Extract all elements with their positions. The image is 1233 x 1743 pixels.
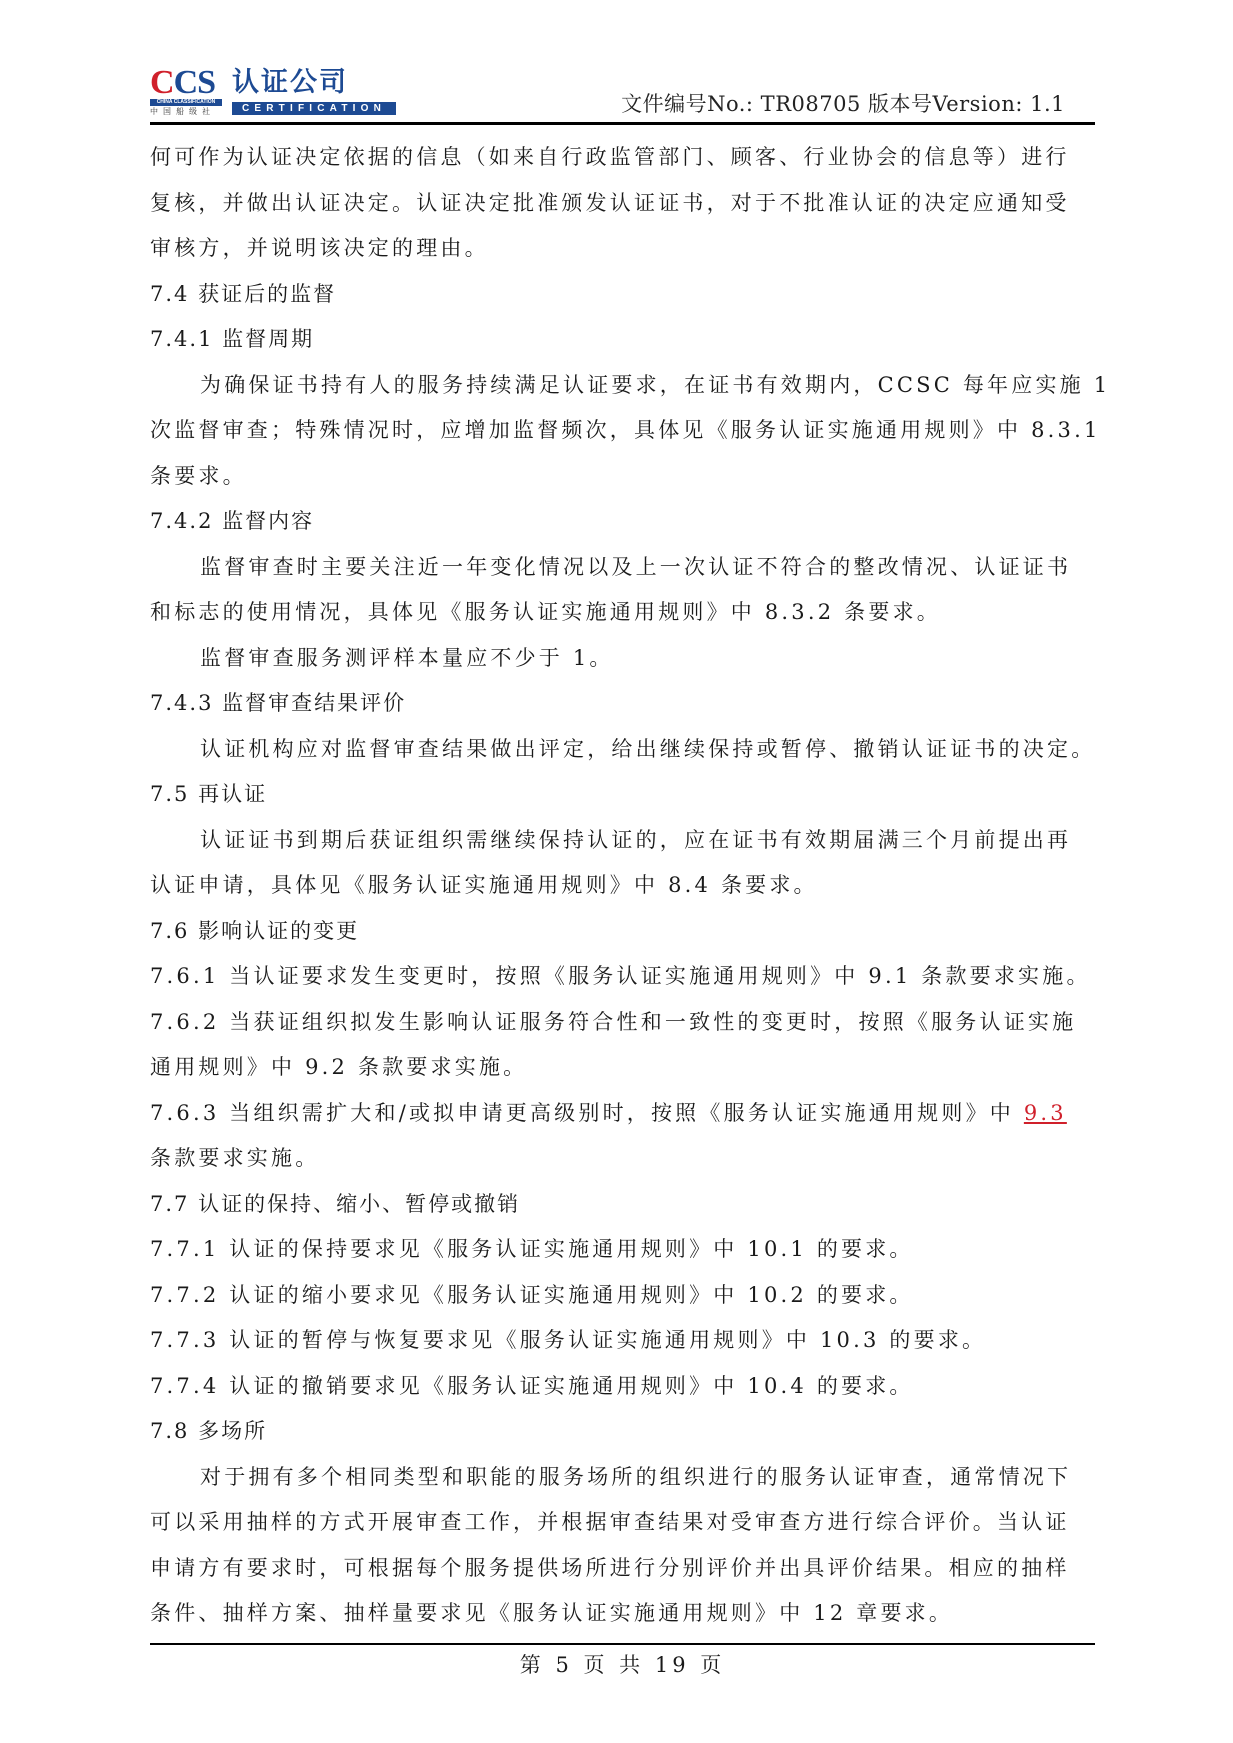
section-heading-7-7: 7.7 认证的保持、缩小、暂停或撤销 [150, 1182, 1095, 1228]
header-divider [150, 122, 1095, 125]
logo-society-cn: 中国船级社 [150, 107, 222, 117]
clause-7-6-3: 7.6.3 当组织需扩大和/或拟申请更高级别时，按照《服务认证实施通用规则》中 … [150, 1091, 1095, 1137]
section-heading-7-4-2: 7.4.2 监督内容 [150, 499, 1095, 545]
clause-9-3-link[interactable]: 9.3 [1024, 1101, 1067, 1125]
paragraph-line: 条件、抽样方案、抽样量要求见《服务认证实施通用规则》中 12 章要求。 [150, 1591, 1095, 1637]
clause-7-7-3: 7.7.3 认证的暂停与恢复要求见《服务认证实施通用规则》中 10.3 的要求。 [150, 1318, 1095, 1364]
page-header: CCS CHINA CLASSIFICATION SOCIETY 中国船级社 认… [150, 66, 1095, 122]
paragraph-line: 条要求。 [150, 454, 1095, 500]
section-heading-7-5: 7.5 再认证 [150, 772, 1095, 818]
paragraph-line: 通用规则》中 9.2 条款要求实施。 [150, 1045, 1095, 1091]
footer-divider [150, 1643, 1095, 1645]
paragraph-line: 认证证书到期后获证组织需继续保持认证的，应在证书有效期届满三个月前提出再 [150, 818, 1095, 864]
paragraph-line: 认证机构应对监督审查结果做出评定，给出继续保持或暂停、撤销认证证书的决定。 [150, 727, 1095, 773]
section-heading-7-4: 7.4 获证后的监督 [150, 272, 1095, 318]
paragraph-line: 复核，并做出认证决定。认证决定批准颁发认证证书，对于不批准认证的决定应通知受 [150, 181, 1095, 227]
clause-7-7-4: 7.7.4 认证的撤销要求见《服务认证实施通用规则》中 10.4 的要求。 [150, 1364, 1095, 1410]
paragraph-line: 次监督审查；特殊情况时，应增加监督频次，具体见《服务认证实施通用规则》中 8.3… [150, 408, 1095, 454]
logo-ccs-rest: CS [174, 64, 215, 101]
logo-certification-en: CERTIFICATION [232, 102, 396, 115]
clause-7-6-2: 7.6.2 当获证组织拟发生影响认证服务符合性和一致性的变更时，按照《服务认证实… [150, 1000, 1095, 1046]
section-heading-7-4-1: 7.4.1 监督周期 [150, 317, 1095, 363]
document-number-version: 文件编号No.: TR08705 版本号Version: 1.1 [621, 90, 1065, 118]
paragraph-line: 条款要求实施。 [150, 1136, 1095, 1182]
page-number: 第 5 页 共 19 页 [150, 1650, 1095, 1680]
logo-ccs-c1: C [150, 64, 174, 101]
paragraph-line: 认证申请，具体见《服务认证实施通用规则》中 8.4 条要求。 [150, 863, 1095, 909]
section-heading-7-4-3: 7.4.3 监督审查结果评价 [150, 681, 1095, 727]
ccs-certification-logo: CCS CHINA CLASSIFICATION SOCIETY 中国船级社 认… [150, 66, 410, 118]
section-heading-7-8: 7.8 多场所 [150, 1409, 1095, 1455]
clause-7-6-1: 7.6.1 当认证要求发生变更时，按照《服务认证实施通用规则》中 9.1 条款要… [150, 954, 1095, 1000]
paragraph-line: 何可作为认证决定依据的信息（如来自行政监管部门、顾客、行业协会的信息等）进行 [150, 135, 1095, 181]
section-heading-7-6: 7.6 影响认证的变更 [150, 909, 1095, 955]
paragraph-line: 监督审查时主要关注近一年变化情况以及上一次认证不符合的整改情况、认证证书 [150, 545, 1095, 591]
clause-7-7-1: 7.7.1 认证的保持要求见《服务认证实施通用规则》中 10.1 的要求。 [150, 1227, 1095, 1273]
document-body: 何可作为认证决定依据的信息（如来自行政监管部门、顾客、行业协会的信息等）进行 复… [150, 135, 1095, 1637]
document-page: CCS CHINA CLASSIFICATION SOCIETY 中国船级社 认… [0, 0, 1233, 1743]
clause-7-6-3-text: 7.6.3 当组织需扩大和/或拟申请更高级别时，按照《服务认证实施通用规则》中 [150, 1101, 1024, 1125]
logo-company-cn: 认证公司 [232, 68, 348, 98]
logo-ccs-text: CCS [150, 66, 215, 100]
paragraph-line: 申请方有要求时，可根据每个服务提供场所进行分别评价并出具评价结果。相应的抽样 [150, 1546, 1095, 1592]
paragraph-line: 可以采用抽样的方式开展审查工作，并根据审查结果对受审查方进行综合评价。当认证 [150, 1500, 1095, 1546]
paragraph-line: 审核方，并说明该决定的理由。 [150, 226, 1095, 272]
paragraph-line: 和标志的使用情况，具体见《服务认证实施通用规则》中 8.3.2 条要求。 [150, 590, 1095, 636]
paragraph-line: 为确保证书持有人的服务持续满足认证要求，在证书有效期内，CCSC 每年应实施 1 [150, 363, 1095, 409]
paragraph-line: 监督审查服务测评样本量应不少于 1。 [150, 636, 1095, 682]
paragraph-line: 对于拥有多个相同类型和职能的服务场所的组织进行的服务认证审查，通常情况下 [150, 1455, 1095, 1501]
clause-7-7-2: 7.7.2 认证的缩小要求见《服务认证实施通用规则》中 10.2 的要求。 [150, 1273, 1095, 1319]
logo-society-en: CHINA CLASSIFICATION SOCIETY [150, 99, 222, 106]
